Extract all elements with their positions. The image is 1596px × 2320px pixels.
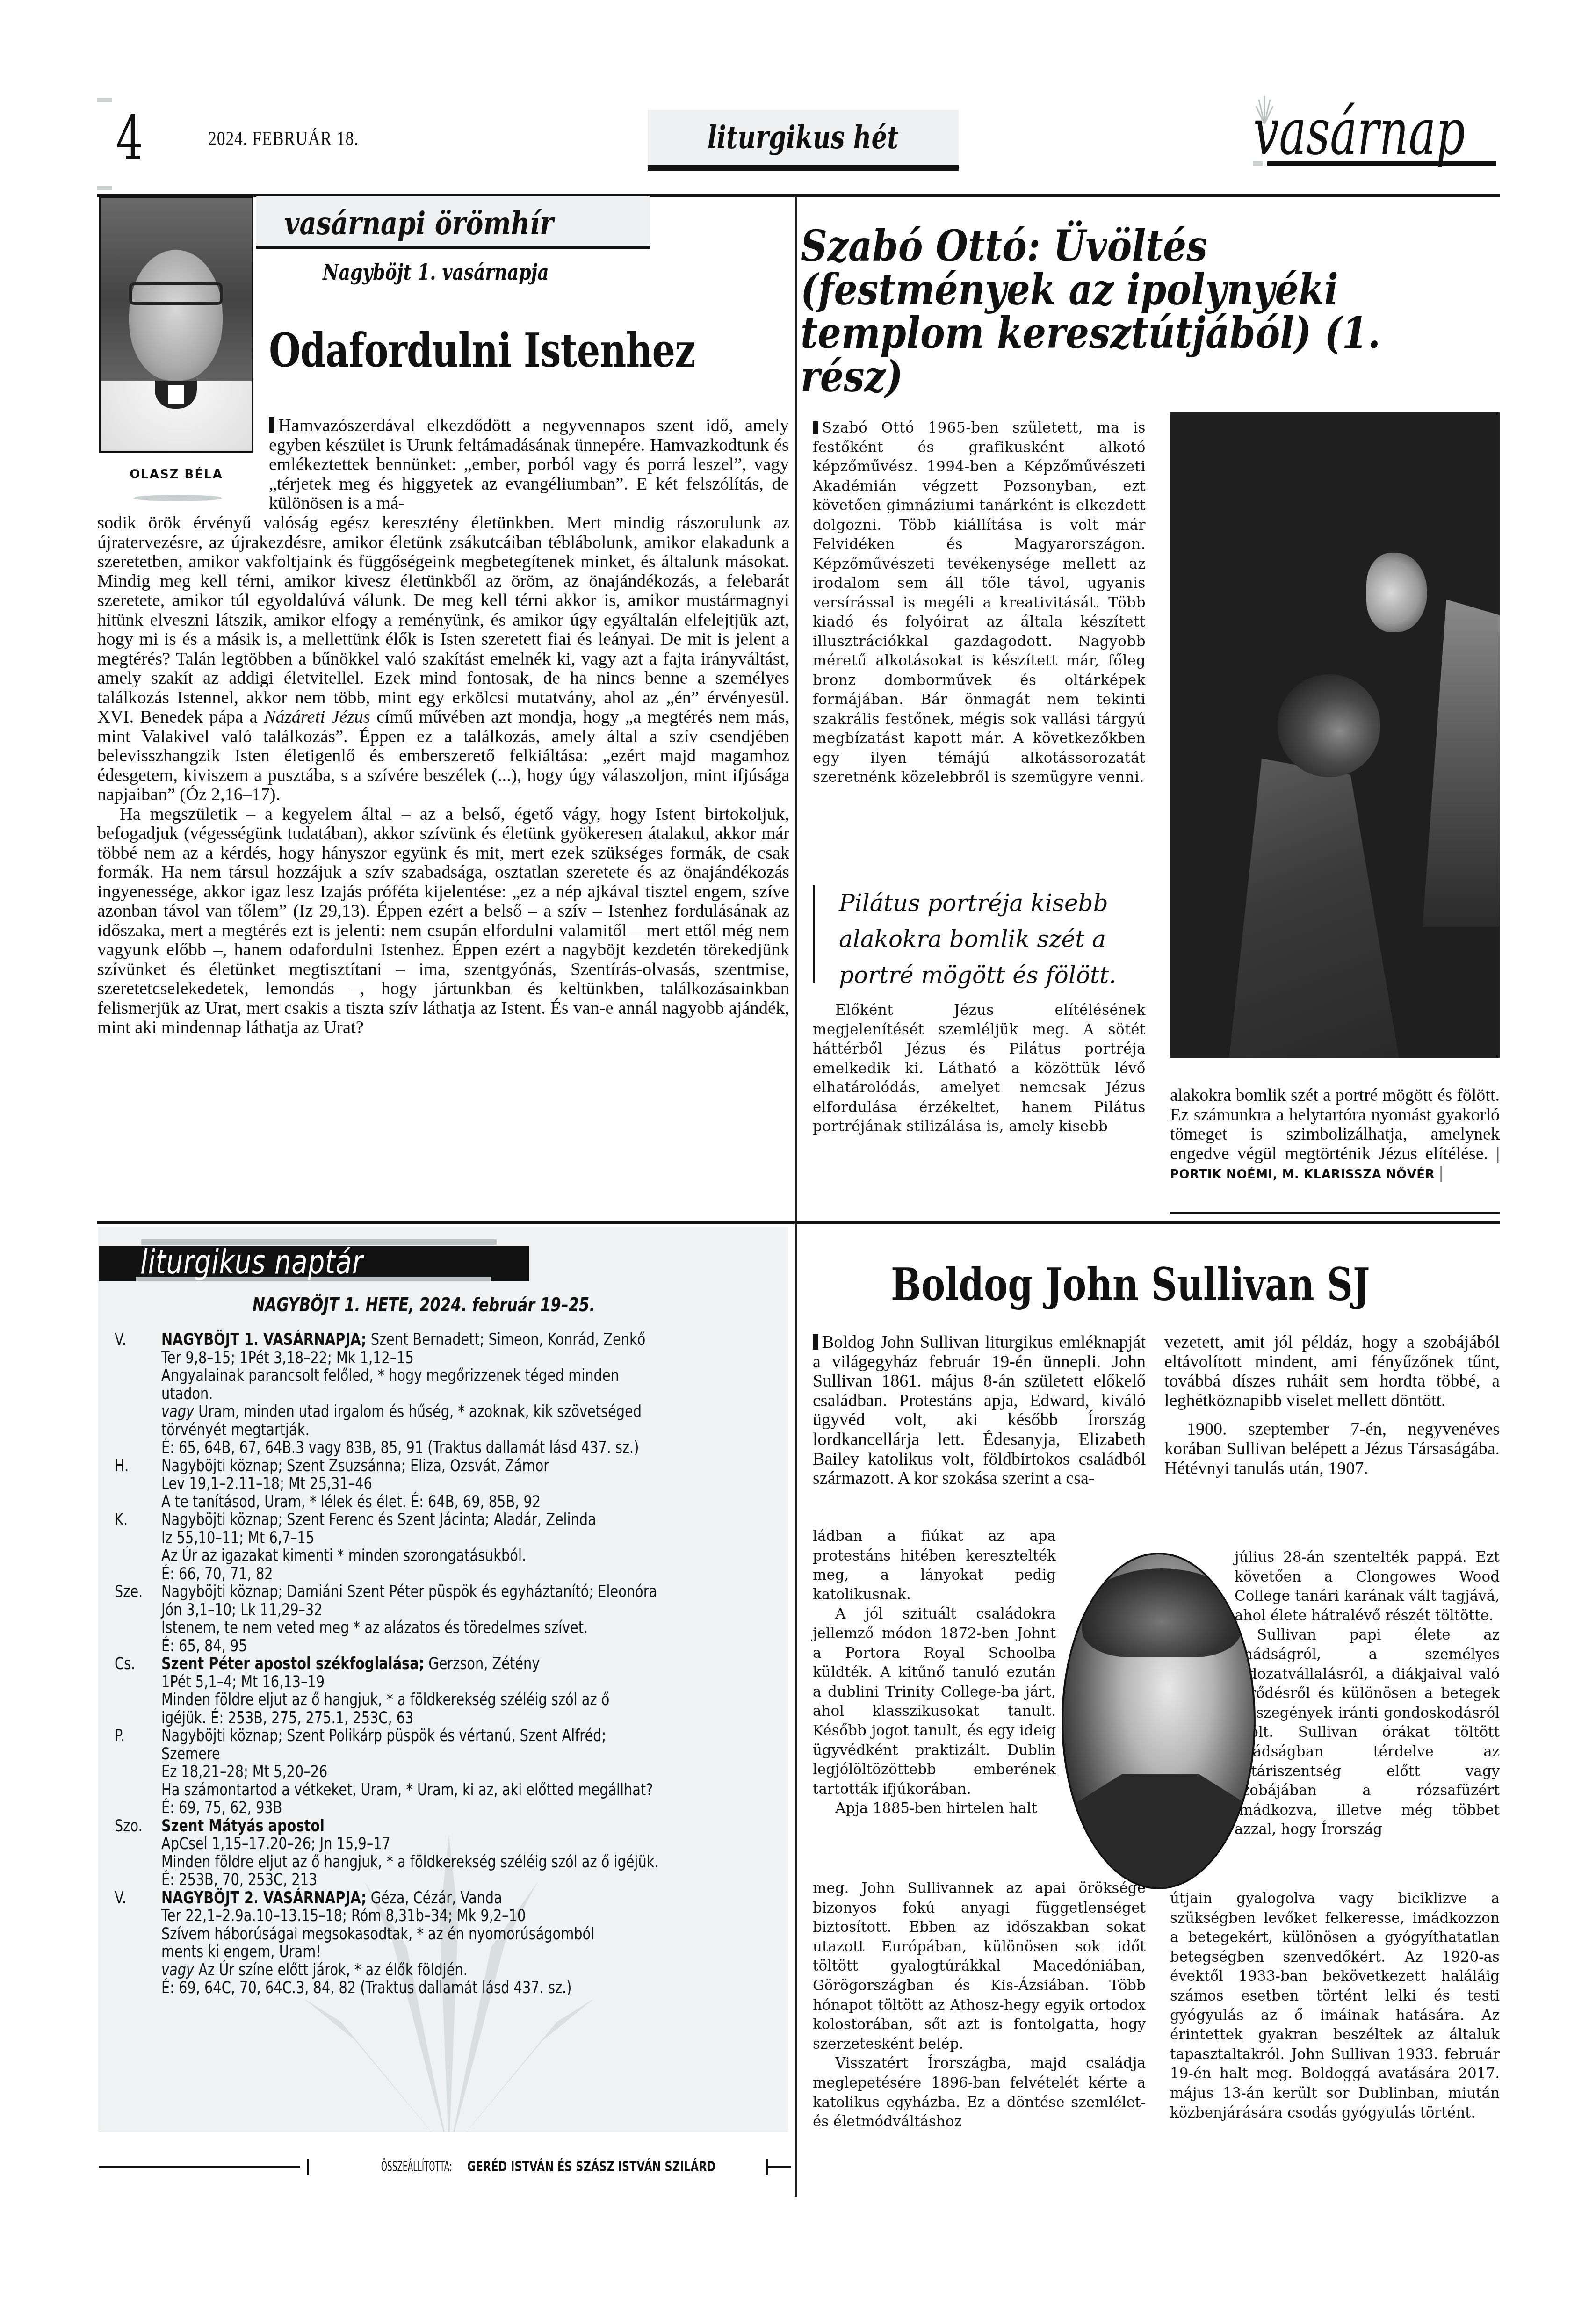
day-abbreviation: V. bbox=[115, 1889, 152, 1997]
day-abbreviation: P. bbox=[115, 1727, 152, 1817]
day-reading-line: Ter 22,1–2.9a.10–13.15–18; Róm 8,31b–34;… bbox=[161, 1907, 788, 1925]
art-article-text-1: Szabó Ottó 1965-ben született, ma is fes… bbox=[813, 419, 1146, 786]
day-reading-line: Lev 19,1–2.11–18; Mt 25,31–46 bbox=[161, 1475, 788, 1493]
day-feast: Szent Péter apostol székfoglalása; Gerzs… bbox=[161, 1655, 788, 1673]
day-feast: Nagyböjti köznap; Damiáni Szent Péter pü… bbox=[161, 1583, 788, 1601]
pull-quote: Pilátus portréja kisebb alakokra bomlik … bbox=[813, 885, 1000, 983]
calendar-day: H.Nagyböjti köznap; Szent Zsuzsánna; Eli… bbox=[115, 1457, 788, 1511]
painting-jesus-head bbox=[1278, 674, 1380, 777]
sullivan-text-9: július 28-án szentelték pappá. Ezt követ… bbox=[1235, 1548, 1500, 1626]
day-reading-line: É: 69, 64C, 70, 64C.3, 84, 82 (Traktus d… bbox=[161, 1979, 788, 1997]
day-reading-line: Minden földre eljut az ő hangjuk, * a fö… bbox=[161, 1853, 788, 1872]
intro-text: Hamvazószerdával elkezdődött a negyvenna… bbox=[269, 416, 789, 513]
day-feast: NAGYBÖJT 1. VASÁRNAPJA; Szent Bernadett;… bbox=[161, 1331, 788, 1349]
day-reading-line: É: 253B, 70, 253C, 213 bbox=[161, 1871, 788, 1889]
calendar-day: Szo.Szent Mátyás apostolApCsel 1,15–17.2… bbox=[115, 1817, 788, 1889]
article-subtitle: Nagyböjt 1. vasárnapja bbox=[323, 260, 549, 285]
credit-label: ÖSSZEÁLLÍTOTTA: bbox=[381, 2159, 452, 2175]
day-feast: Szent Mátyás apostol bbox=[161, 1817, 788, 1836]
day-feast: NAGYBÖJT 2. VASÁRNAPJA; Géza, Cézár, Van… bbox=[161, 1889, 788, 1908]
column-divider-bottom bbox=[795, 1224, 797, 2197]
article-body: sodik örök érvényű valóság egész kereszt… bbox=[97, 513, 789, 1038]
section-label: liturgikus hét bbox=[708, 119, 899, 156]
day-reading-line: É: 66, 70, 71, 82 bbox=[161, 1565, 788, 1583]
day-abbreviation: H. bbox=[115, 1457, 152, 1511]
day-abbreviation: Cs. bbox=[115, 1655, 152, 1727]
day-entries: Nagyböjti köznap; Szent Polikárp püspök … bbox=[161, 1727, 788, 1817]
sullivan-column-1-bottom: meg. John Sullivannek az apai öröksége b… bbox=[813, 1879, 1146, 2132]
saints-names: Nagyböjti köznap; Szent Zsuzsánna; Eliza… bbox=[161, 1456, 549, 1475]
day-reading-line: Jón 3,1–10; Lk 11,29–32 bbox=[161, 1601, 788, 1619]
saints-names: Nagyböjti köznap; Szent Polikárp püspök … bbox=[161, 1726, 606, 1745]
day-feast: Nagyböjti köznap; Szent Polikárp püspök … bbox=[161, 1727, 788, 1745]
day-reading-line: Ter 9,8–15; 1Pét 3,18–22; Mk 1,12–15 bbox=[161, 1349, 788, 1367]
photo-hair bbox=[1082, 1568, 1241, 1657]
day-reading-line: Istenem, te nem veted meg * az alázatos … bbox=[161, 1619, 788, 1637]
day-entries: Nagyböjti köznap; Damiáni Szent Péter pü… bbox=[161, 1583, 788, 1655]
day-reading-line: Minden földre eljut az ő hangjuk, * a fö… bbox=[161, 1691, 788, 1709]
calendar-title: liturgikus naptár bbox=[99, 1239, 529, 1281]
feast-name: NAGYBÖJT 2. VASÁRNAPJA; bbox=[161, 1888, 366, 1908]
day-reading-line: 1Pét 5,1–4; Mt 16,13–19 bbox=[161, 1673, 788, 1691]
sullivan-text-2: ládban a fiúkat az apa protestáns hitébe… bbox=[813, 1527, 1056, 1604]
author-photo bbox=[99, 196, 253, 453]
day-reading-line: vagy Az Úr színe előtt járok, * az élők … bbox=[161, 1961, 788, 1980]
saints-names: Gerzson, Zétény bbox=[424, 1654, 540, 1673]
sullivan-text-7: vezetett, amit jól példáz, hogy a szobáj… bbox=[1164, 1333, 1500, 1410]
section-tab: liturgikus hét bbox=[648, 110, 959, 171]
calendar-week: NAGYBÖJT 1. HETE, 2024. február 19–25. bbox=[253, 1294, 595, 1316]
calendar-title-text: liturgikus naptár bbox=[140, 1242, 363, 1281]
calendar-day: P.Nagyböjti köznap; Szent Polikárp püspö… bbox=[115, 1727, 788, 1817]
day-entries: Szent Mátyás apostolApCsel 1,15–17.20–26… bbox=[161, 1817, 788, 1889]
brand-logo: vasárnap bbox=[1253, 101, 1496, 171]
day-reading-line: Ha számontartod a vétkeket, Uram, * Uram… bbox=[161, 1781, 788, 1800]
issue-date: 2024. FEBRUÁR 18. bbox=[208, 128, 359, 150]
day-reading-line: Szívem háborúságai megsokasodtak, * az é… bbox=[161, 1925, 788, 1944]
calendar-day: V.NAGYBÖJT 2. VASÁRNAPJA; Géza, Cézár, V… bbox=[115, 1889, 788, 1997]
article-intro: Hamvazószerdával elkezdődött a negyvenna… bbox=[269, 416, 789, 513]
day-reading-line: igéjük. É: 253B, 275, 275.1, 253C, 63 bbox=[161, 1709, 788, 1727]
sullivan-column-1-mid: ládban a fiúkat az apa protestáns hitébe… bbox=[813, 1527, 1056, 1819]
day-abbreviation: K. bbox=[115, 1511, 152, 1583]
art-article-column-2: alakokra bomlik szét a portré mögött és … bbox=[1170, 1086, 1500, 1185]
day-reading-line: törvényét megtartják. bbox=[161, 1421, 788, 1439]
day-reading-line: É: 69, 75, 62, 93B bbox=[161, 1799, 788, 1817]
column-divider-top bbox=[795, 196, 797, 1225]
photo-glasses bbox=[129, 282, 223, 305]
day-reading-line: A te tanításod, Uram, * lélek és élet. É… bbox=[161, 1493, 788, 1511]
day-reading-line: Iz 55,10–11; Mt 6,7–15 bbox=[161, 1529, 788, 1547]
painting-jesus-robe bbox=[1226, 759, 1404, 1058]
saints-names: Nagyböjti köznap; Damiáni Szent Péter pü… bbox=[161, 1582, 657, 1601]
sullivan-text-5: meg. John Sullivannek az apai öröksége b… bbox=[813, 1879, 1146, 2054]
day-reading-line: ments ki engem, Uram! bbox=[161, 1943, 788, 1961]
lead-marker bbox=[813, 1334, 818, 1350]
article-signature: PORTIK NOÉMI, M. KLARISSZA NŐVÉR bbox=[1170, 1168, 1435, 1182]
painting-pilate-face bbox=[1366, 553, 1427, 632]
body-paragraph-1: sodik örök érvényű valóság egész kereszt… bbox=[97, 513, 789, 727]
day-reading-line: Ez 18,21–28; Mt 5,20–26 bbox=[161, 1763, 788, 1781]
byline-ornament bbox=[133, 495, 222, 501]
photo-coat bbox=[1063, 1774, 1256, 1889]
sullivan-text-4: Apja 1885-ben hirtelen halt bbox=[813, 1799, 1056, 1819]
feast-name: Szent Péter apostol székfoglalása; bbox=[161, 1654, 424, 1673]
book-title: Názáreti Jézus bbox=[264, 707, 370, 727]
saints-names: Nagyböjti köznap; Szent Ferenc és Szent … bbox=[161, 1510, 596, 1529]
section-divider bbox=[97, 1221, 1500, 1224]
lead-marker bbox=[269, 417, 274, 433]
sullivan-text-10: Sullivan papi élete az imádságról, a sze… bbox=[1235, 1626, 1500, 1840]
day-abbreviation: V. bbox=[115, 1331, 152, 1457]
day-feast: Nagyböjti köznap; Szent Zsuzsánna; Eliza… bbox=[161, 1457, 788, 1475]
sullivan-portrait-photo bbox=[1062, 1553, 1256, 1889]
day-reading-line: É: 65, 64B, 67, 64B.3 vagy 83B, 85, 91 (… bbox=[161, 1439, 788, 1457]
brand-underline bbox=[1267, 161, 1496, 166]
photo-face bbox=[129, 250, 223, 381]
day-abbreviation: Szo. bbox=[115, 1817, 152, 1889]
feast-name: NAGYBÖJT 1. VASÁRNAPJA; bbox=[161, 1330, 366, 1349]
calendar-credit: ÖSSZEÁLLÍTOTTA: GERÉD ISTVÁN ÉS SZÁSZ IS… bbox=[99, 2161, 791, 2175]
day-entries: Nagyböjti köznap; Szent Ferenc és Szent … bbox=[161, 1511, 788, 1583]
calendar-day: Sze.Nagyböjti köznap; Damiáni Szent Péte… bbox=[115, 1583, 788, 1655]
credit-text: ÖSSZEÁLLÍTOTTA: GERÉD ISTVÁN ÉS SZÁSZ IS… bbox=[307, 2159, 768, 2175]
painting-image bbox=[1170, 412, 1500, 1058]
day-entries: NAGYBÖJT 2. VASÁRNAPJA; Géza, Cézár, Van… bbox=[161, 1889, 788, 1997]
brand-square bbox=[1253, 161, 1263, 166]
page-number: 4 bbox=[97, 98, 135, 154]
art-article-headline: Szabó Ottó: Üvöltés (festmények az ipoly… bbox=[801, 224, 1404, 398]
page-number-bar-bottom bbox=[97, 186, 112, 190]
sullivan-column-2-top: vezetett, amit jól példáz, hogy a szobáj… bbox=[1164, 1333, 1500, 1478]
painting-pilate-robe bbox=[1423, 600, 1500, 927]
body-paragraph-2: Ha megszületik – a kegyelem által – az a… bbox=[97, 805, 789, 1038]
lead-marker bbox=[813, 421, 818, 434]
day-entries: Nagyböjti köznap; Szent Zsuzsánna; Eliza… bbox=[161, 1457, 788, 1511]
saints-names: Géza, Cézár, Vanda bbox=[366, 1888, 502, 1908]
day-feast: Nagyböjti köznap; Szent Ferenc és Szent … bbox=[161, 1511, 788, 1529]
credit-names: GERÉD ISTVÁN ÉS SZÁSZ ISTVÁN SZILÁRD bbox=[467, 2159, 715, 2175]
art-article-text-2: alakokra bomlik szét a portré mögött és … bbox=[1170, 1085, 1500, 1164]
brand-wordmark: vasárnap bbox=[1253, 101, 1465, 164]
calendar-day-list: V.NAGYBÖJT 1. VASÁRNAPJA; Szent Bernadet… bbox=[115, 1331, 788, 1997]
saints-names: Szent Bernadett; Simeon, Konrád, Zenkő bbox=[366, 1330, 645, 1349]
sullivan-column-1-top: Boldog John Sullivan liturgikus emléknap… bbox=[813, 1333, 1146, 1489]
art-article-column-1b: Előként Jézus elítélésének megjelenítésé… bbox=[813, 1001, 1146, 1137]
sullivan-column-2-bottom: útjain gyalogolva vagy biciklizve a szük… bbox=[1170, 1889, 1500, 2123]
credit-rule-right bbox=[768, 2166, 791, 2168]
sullivan-text-6: Visszatért Írországba, majd családja meg… bbox=[813, 2054, 1146, 2132]
page-number-digit: 4 bbox=[116, 108, 143, 168]
credit-rule-left bbox=[99, 2166, 300, 2168]
day-entries: NAGYBÖJT 1. VASÁRNAPJA; Szent Bernadett;… bbox=[161, 1331, 788, 1457]
sullivan-headline: Boldog John Sullivan SJ bbox=[891, 1258, 1370, 1311]
day-reading-line: ApCsel 1,15–17.20–26; Jn 15,9–17 bbox=[161, 1835, 788, 1853]
day-entries: Szent Péter apostol székfoglalása; Gerzs… bbox=[161, 1655, 788, 1727]
sullivan-text-3: A jól szituált családokra jellemző módon… bbox=[813, 1604, 1056, 1799]
pull-quote-text: Pilátus portréja kisebb alakokra bomlik … bbox=[839, 885, 1119, 993]
day-reading-line: utadon. bbox=[161, 1385, 788, 1403]
sullivan-text-1: Boldog John Sullivan liturgikus emléknap… bbox=[813, 1332, 1146, 1488]
day-reading-line: vagy Uram, minden utad irgalom és hűség,… bbox=[161, 1403, 788, 1421]
article-end-rule bbox=[1170, 1212, 1500, 1214]
day-reading-line: Szemere bbox=[161, 1745, 788, 1763]
article-headline: Odafordulni Istenhez bbox=[269, 323, 695, 378]
day-reading-line: Angyalainak parancsolt felőled, * hogy m… bbox=[161, 1367, 788, 1385]
art-article-column-1: Szabó Ottó 1965-ben született, ma is fes… bbox=[813, 419, 1146, 788]
alternative-marker: vagy bbox=[161, 1402, 194, 1421]
day-abbreviation: Sze. bbox=[115, 1583, 152, 1655]
column-kicker: vasárnapi örömhír bbox=[256, 196, 650, 249]
day-reading-line: É: 65, 84, 95 bbox=[161, 1637, 788, 1655]
sullivan-text-8: 1900. szeptember 7-én, negyvenéves koráb… bbox=[1164, 1420, 1500, 1478]
feast-name: Szent Mátyás apostol bbox=[161, 1816, 325, 1836]
calendar-day: K.Nagyböjti köznap; Szent Ferenc és Szen… bbox=[115, 1511, 788, 1583]
page-number-bar-top bbox=[97, 98, 112, 102]
calendar-day: V.NAGYBÖJT 1. VASÁRNAPJA; Szent Bernadet… bbox=[115, 1331, 788, 1457]
author-name: OLASZ BÉLA bbox=[99, 468, 253, 482]
calendar-day: Cs.Szent Péter apostol székfoglalása; Ge… bbox=[115, 1655, 788, 1727]
day-reading-line: Az Úr az igazakat kimenti * minden szoro… bbox=[161, 1547, 788, 1565]
kicker-text: vasárnapi örömhír bbox=[284, 205, 554, 242]
sullivan-column-2-mid: július 28-án szentelték pappá. Ezt követ… bbox=[1235, 1548, 1500, 1840]
alternative-marker: vagy bbox=[161, 1960, 194, 1980]
